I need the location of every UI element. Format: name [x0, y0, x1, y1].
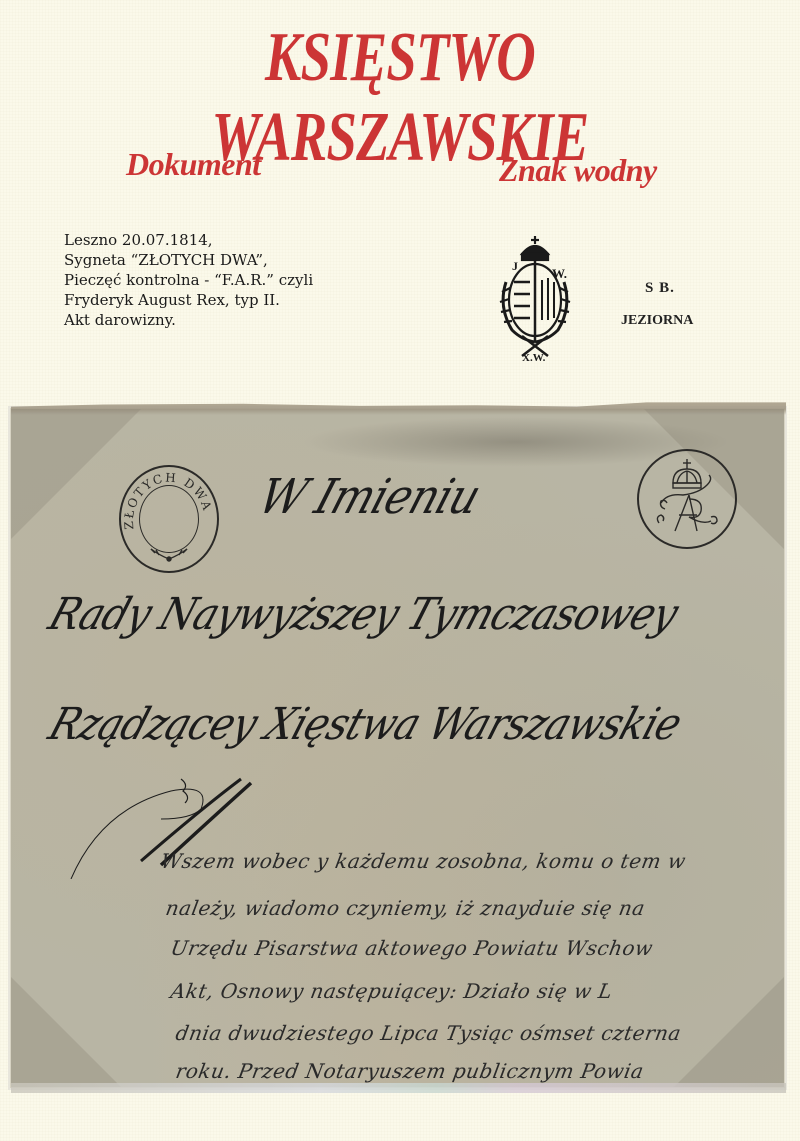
body-line: Urzędu Pisarstwa aktowego Powiatu Wschow: [169, 936, 655, 960]
document-heading: Dokument: [126, 146, 261, 182]
body-line: dnia dwudziestego Lipca Tysiąc ośmset cz…: [174, 1021, 683, 1045]
body-line: roku. Przed Notaryuszem publicznym Powia: [174, 1059, 646, 1083]
protective-sleeve-edge: [11, 1083, 786, 1093]
handwritten-line-1: W Imieniu: [252, 469, 487, 525]
corner-mount-bottom-right: [674, 977, 784, 1087]
body-line: należy, wiadomo czyniemy, iż znayduie si…: [164, 896, 647, 920]
zlotych-dwa-seal-icon: ZŁOTYCH DWA: [119, 465, 219, 573]
corner-mount-bottom-left: [11, 977, 121, 1087]
svg-text:ZŁOTYCH DWA: ZŁOTYCH DWA: [122, 471, 215, 530]
emblem-letters-top: W.: [552, 266, 567, 281]
watermark-mark-sb: S B.: [645, 280, 675, 297]
watermark-heading: Znak wodny: [499, 152, 657, 188]
watermark-mark-jeziorna: JEZIORNA: [621, 313, 693, 329]
body-line: Akt, Osnowy następuiącey: Działo się w L: [169, 979, 615, 1003]
document-description: Leszno 20.07.1814, Sygneta “ZŁOTYCH DWA”…: [64, 230, 313, 330]
crowned-coat-of-arms-icon: W. X.W. J: [492, 232, 578, 362]
description-line: Sygneta “ZŁOTYCH DWA”,: [64, 250, 313, 270]
emblem-letters-bottom: X.W.: [522, 352, 546, 362]
historical-document: ZŁOTYCH DWA: [10, 408, 785, 1088]
description-line: Fryderyk August Rex, typ II.: [64, 290, 313, 310]
description-line: Akt darowizny.: [64, 310, 313, 330]
handwritten-line-3: Rządzącey Xięstwa Warszawskie: [43, 699, 688, 750]
svg-text:J: J: [512, 259, 518, 273]
far-royal-monogram-seal-icon: [637, 449, 737, 549]
body-line: Wszem wobec y każdemu zosobna, komu o te…: [159, 849, 688, 873]
description-line: Leszno 20.07.1814,: [64, 230, 313, 250]
description-line: Pieczęć kontrolna - “F.A.R.” czyli: [64, 270, 313, 290]
handwritten-line-2: Rady Naywyższey Tymczasowey: [43, 589, 684, 640]
